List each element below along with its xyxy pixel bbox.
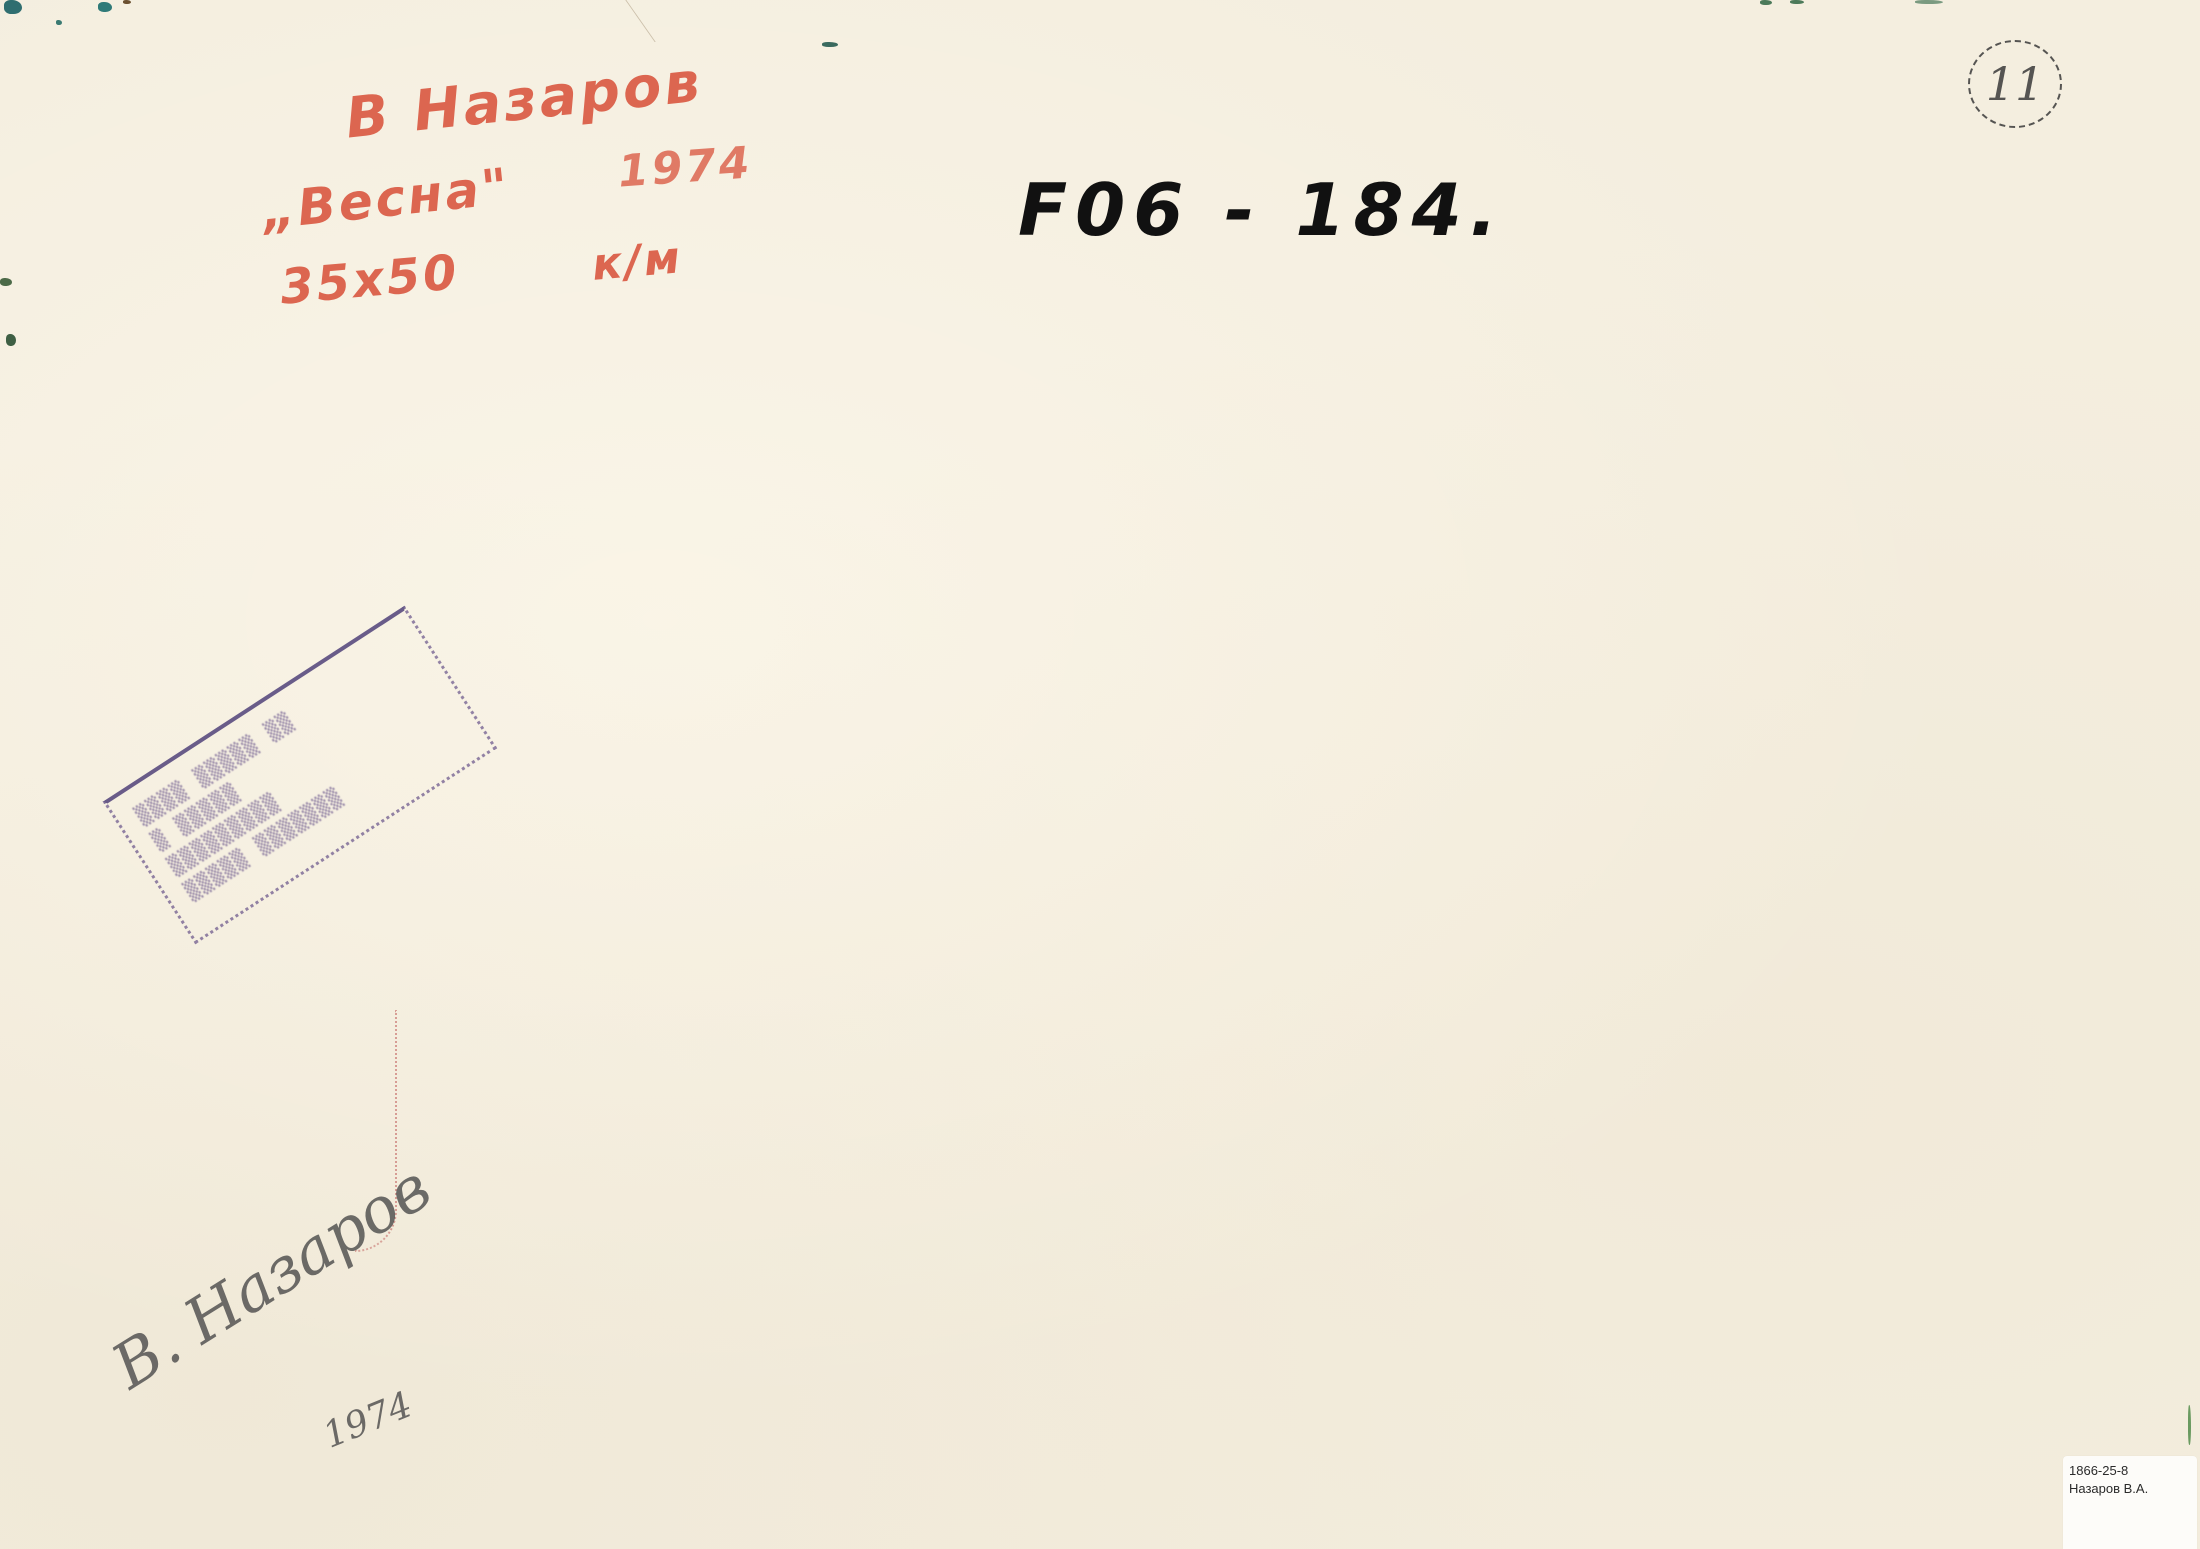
red-medium: к/м: [590, 232, 685, 291]
paint-speck: [1760, 0, 1772, 5]
paint-speck: [822, 42, 838, 47]
red-year: 1974: [616, 137, 754, 197]
inventory-code: F06 - 184.: [1018, 168, 1505, 252]
paint-speck: [56, 20, 62, 25]
red-size: 35х50: [278, 244, 462, 315]
paint-speck: [123, 0, 131, 4]
label-name: Назаров В.А.: [2069, 1480, 2191, 1498]
paint-speck: [0, 278, 12, 286]
circled-number-value: 11: [1986, 57, 2045, 111]
paint-speck: [1790, 0, 1804, 4]
pencil-signature-name: В. Назаров: [99, 1150, 443, 1403]
paint-speck: [98, 2, 112, 12]
label-code: 1866-25-8: [2069, 1462, 2191, 1480]
paint-speck: [1915, 0, 1943, 4]
faded-stamp: ▒▒▒▒ ▒▒▒▒▒ ▒▒ ▒ ▒▒▒▒▒ ▒▒▒▒▒▒▒▒▒ ▒▒▒▒▒ ▒▒…: [103, 606, 498, 945]
red-artist-name: В Назаров: [343, 49, 706, 151]
pencil-signature-year: 1974: [318, 1384, 418, 1456]
circled-number: 11: [1968, 40, 2062, 128]
paint-speck: [2188, 1405, 2191, 1445]
surface-crack: [625, 0, 715, 42]
red-title: „Весна": [260, 157, 514, 241]
paint-speck: [4, 0, 22, 14]
cardboard-surface: В Назаров „Весна" 1974 35х50 к/м F06 - 1…: [0, 0, 2200, 1549]
paint-speck: [6, 334, 16, 346]
inventory-label: 1866-25-8 Назаров В.А.: [2063, 1456, 2197, 1549]
